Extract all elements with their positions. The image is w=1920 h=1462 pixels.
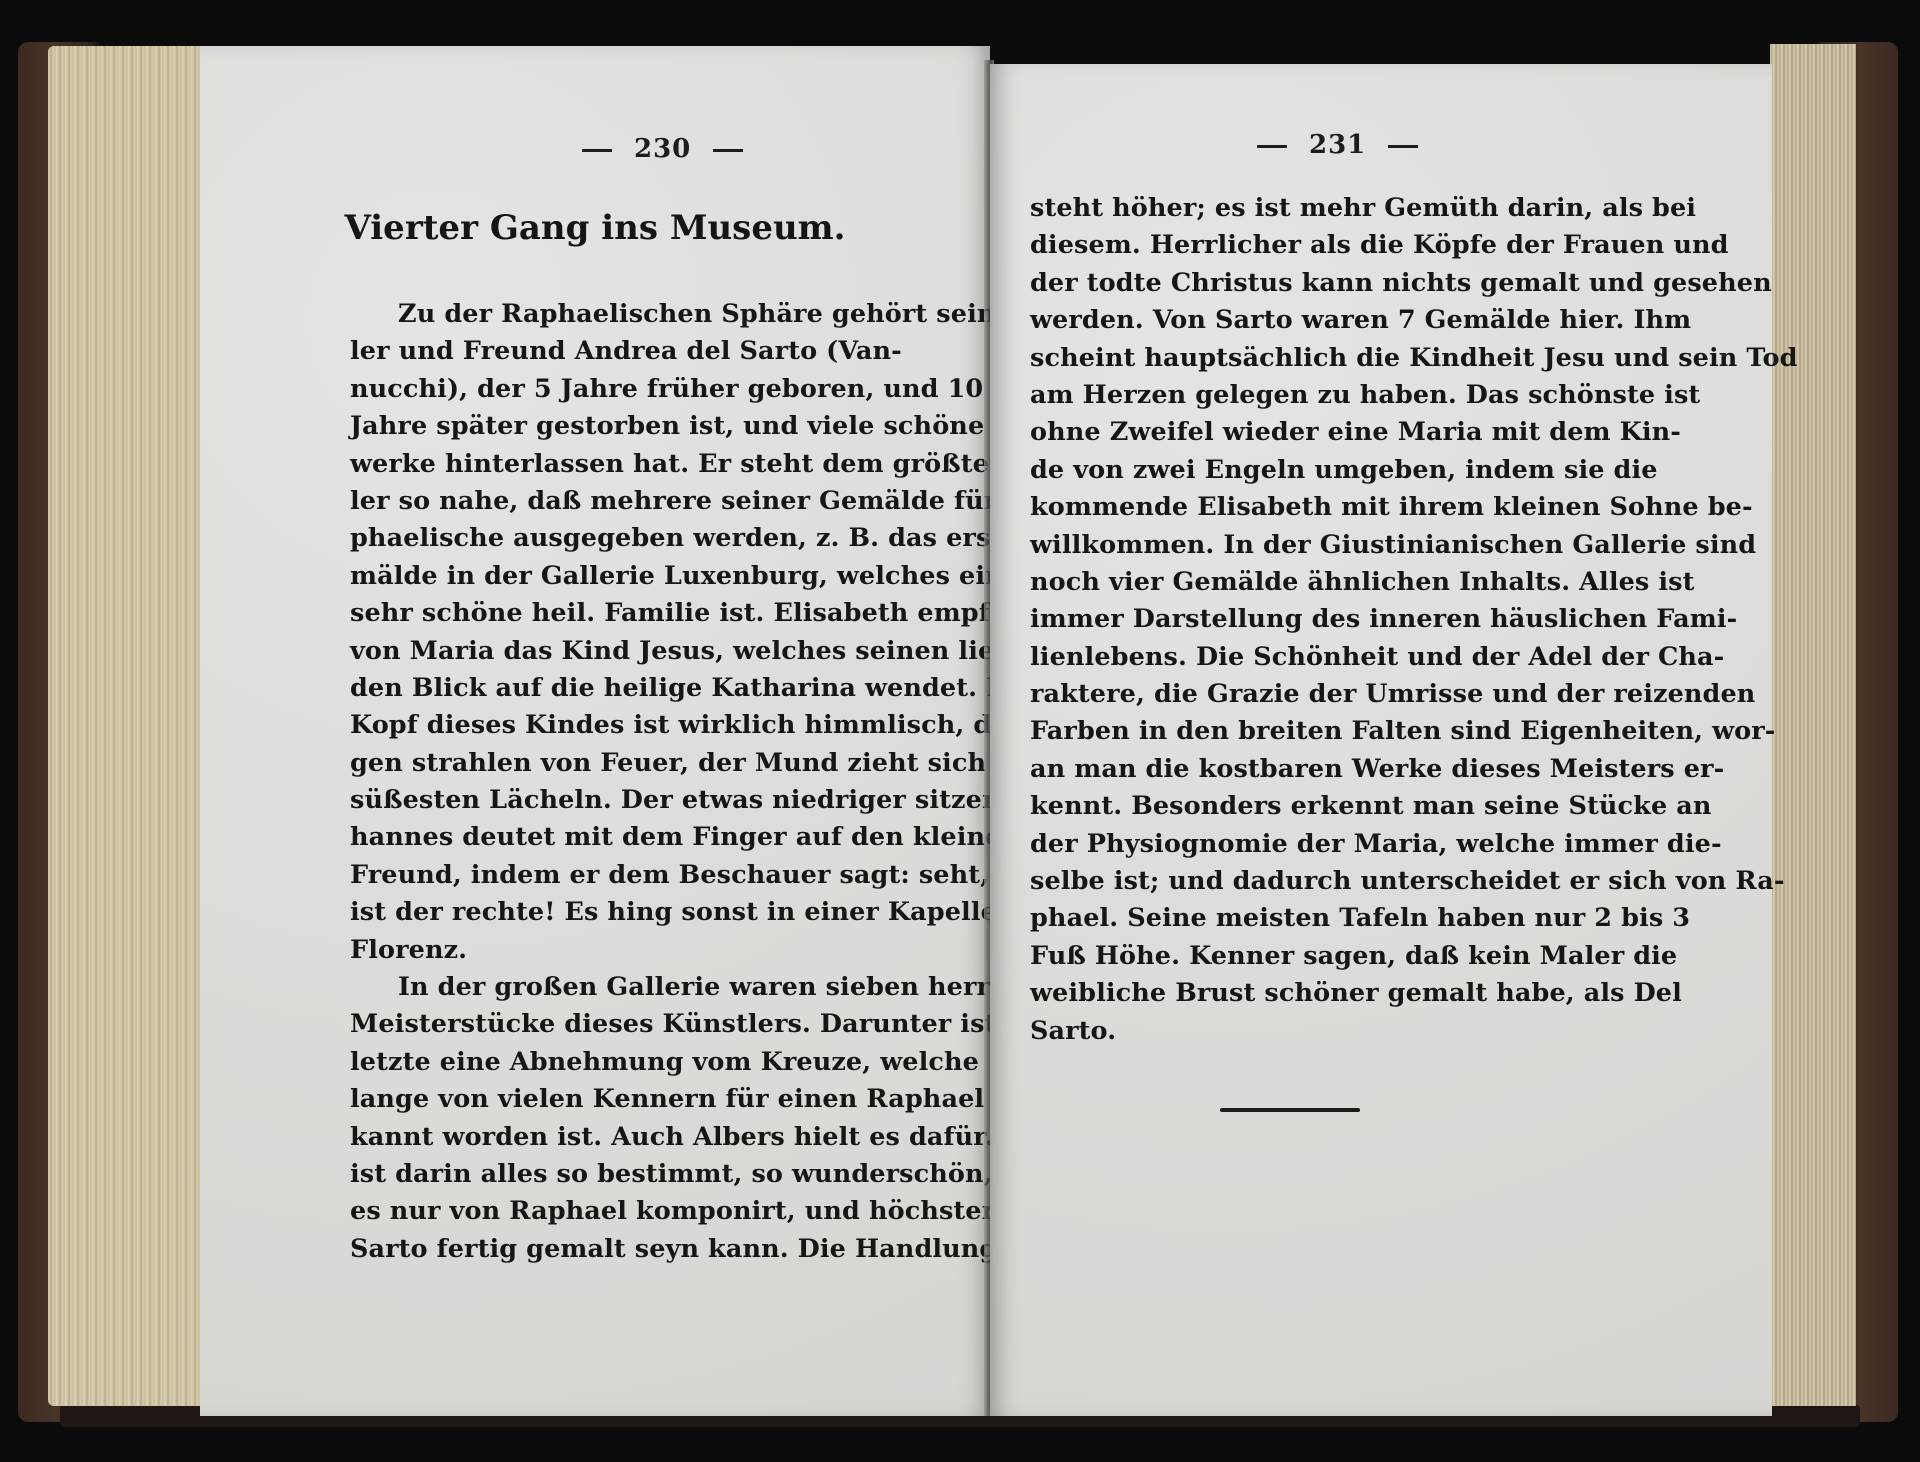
text-line: kommende Elisabeth mit ihrem kleinen Soh…	[1030, 489, 1790, 526]
text-line: raktere, die Grazie der Umrisse und der …	[1030, 676, 1790, 713]
text-line: kennt. Besonders erkennt man seine Stück…	[1030, 788, 1790, 825]
section-end-rule	[1220, 1108, 1360, 1112]
text-line: steht höher; es ist mehr Gemüth darin, a…	[1030, 190, 1790, 227]
page-number-right: 231	[1235, 130, 1440, 160]
right-page-text: steht höher; es ist mehr Gemüth darin, a…	[1030, 190, 1790, 1050]
text-line: an man die kostbaren Werke dieses Meiste…	[1030, 751, 1790, 788]
dash-ornament	[713, 149, 743, 152]
text-line: Sarto.	[1030, 1013, 1790, 1050]
chapter-heading: Vierter Gang ins Museum.	[200, 208, 990, 248]
dash-ornament	[582, 149, 612, 152]
text-line: scheint hauptsächlich die Kindheit Jesu …	[1030, 340, 1790, 377]
page-number-left: 230	[560, 134, 765, 164]
text-line: der Physiognomie der Maria, welche immer…	[1030, 826, 1790, 863]
text-line: de von zwei Engeln umgeben, indem sie di…	[1030, 452, 1790, 489]
page-number-text: 230	[634, 134, 691, 164]
text-line: am Herzen gelegen zu haben. Das schönste…	[1030, 377, 1790, 414]
text-line: phael. Seine meisten Tafeln haben nur 2 …	[1030, 900, 1790, 937]
text-line: weibliche Brust schöner gemalt habe, als…	[1030, 975, 1790, 1012]
page-edges-left	[48, 46, 200, 1406]
text-line: diesem. Herrlicher als die Köpfe der Fra…	[1030, 227, 1790, 264]
text-line: ohne Zweifel wieder eine Maria mit dem K…	[1030, 414, 1790, 451]
text-line: willkommen. In der Giustinianischen Gall…	[1030, 527, 1790, 564]
text-line: noch vier Gemälde ähnlichen Inhalts. All…	[1030, 564, 1790, 601]
left-page: 230 Vierter Gang ins Museum. Zu der Raph…	[200, 46, 990, 1416]
right-page: 231 steht höher; es ist mehr Gemüth dari…	[990, 64, 1772, 1416]
text-line: Fuß Höhe. Kenner sagen, daß kein Maler d…	[1030, 938, 1790, 975]
text-line: lienlebens. Die Schönheit und der Adel d…	[1030, 639, 1790, 676]
page-number-text: 231	[1309, 130, 1366, 160]
text-line: der todte Christus kann nichts gemalt un…	[1030, 265, 1790, 302]
dash-ornament	[1388, 145, 1418, 148]
text-line: werden. Von Sarto waren 7 Gemälde hier. …	[1030, 302, 1790, 339]
dash-ornament	[1257, 145, 1287, 148]
text-line: Farben in den breiten Falten sind Eigenh…	[1030, 713, 1790, 750]
text-line: immer Darstellung des inneren häuslichen…	[1030, 601, 1790, 638]
text-line: selbe ist; und dadurch unterscheidet er …	[1030, 863, 1790, 900]
